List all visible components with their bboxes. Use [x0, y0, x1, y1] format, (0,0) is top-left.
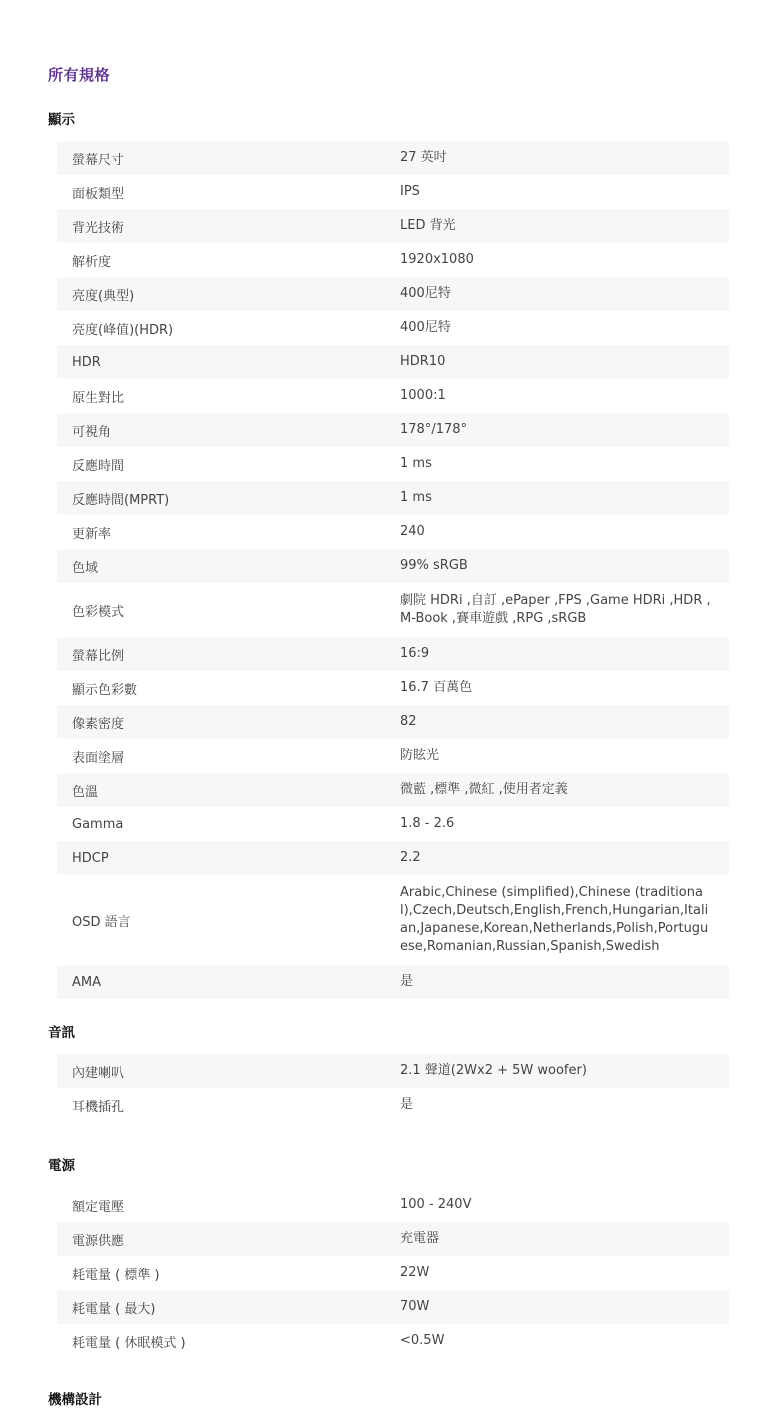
spec-row: Gamma1.8 - 2.6: [57, 807, 729, 841]
spec-row: 亮度(典型)400尼特: [57, 277, 729, 311]
spec-row: 螢幕尺寸27 英吋: [57, 141, 729, 175]
section-title-audio: 音訊: [48, 1021, 75, 1041]
spec-value: 1000:1: [400, 387, 729, 405]
section-title-power: 電源: [48, 1154, 75, 1174]
spec-label: 色域: [57, 557, 400, 576]
spec-table-audio: 內建喇叭2.1 聲道(2Wx2 + 5W woofer) 耳機插孔是: [57, 1054, 729, 1122]
spec-label: 可視角: [57, 421, 400, 440]
spec-row: 額定電壓100 - 240V: [57, 1188, 729, 1222]
spec-value: Arabic,Chinese (simplified),Chinese (tra…: [400, 884, 729, 956]
section-title-display: 顯示: [48, 108, 75, 128]
spec-label: 耗電量 ( 休眠模式 ): [57, 1332, 400, 1351]
spec-label: HDR: [57, 355, 400, 370]
spec-row: 電源供應充電器: [57, 1222, 729, 1256]
spec-value: 400尼特: [400, 319, 729, 337]
spec-value: 27 英吋: [400, 149, 729, 167]
spec-value: 82: [400, 713, 729, 731]
spec-value: 16.7 百萬色: [400, 679, 729, 697]
spec-value: 充電器: [400, 1230, 729, 1248]
spec-label: OSD 語言: [57, 911, 400, 930]
section-title-mechanical: 機構設計: [48, 1388, 102, 1408]
spec-row: 背光技術LED 背光: [57, 209, 729, 243]
spec-label: AMA: [57, 975, 400, 990]
spec-row: 更新率240: [57, 515, 729, 549]
spec-label: 耳機插孔: [57, 1096, 400, 1115]
spec-label: 耗電量 ( 標準 ): [57, 1264, 400, 1283]
spec-row: 反應時間1 ms: [57, 447, 729, 481]
spec-row: 螢幕比例16:9: [57, 637, 729, 671]
spec-row: HDCP2.2: [57, 841, 729, 875]
spec-row: 顯示色彩數16.7 百萬色: [57, 671, 729, 705]
spec-value: 240: [400, 523, 729, 541]
spec-label: HDCP: [57, 851, 400, 866]
spec-label: 顯示色彩數: [57, 679, 400, 698]
spec-row: 耗電量 ( 最大)70W: [57, 1290, 729, 1324]
spec-table-display: 螢幕尺寸27 英吋 面板類型IPS 背光技術LED 背光 解析度1920x108…: [57, 141, 729, 999]
spec-label: 背光技術: [57, 217, 400, 236]
spec-label: 電源供應: [57, 1230, 400, 1249]
spec-row: 像素密度82: [57, 705, 729, 739]
spec-value: 2.2: [400, 849, 729, 867]
spec-value: 400尼特: [400, 285, 729, 303]
spec-value: 1 ms: [400, 489, 729, 507]
spec-row: HDRHDR10: [57, 345, 729, 379]
spec-label: 更新率: [57, 523, 400, 542]
spec-label: 亮度(峰值)(HDR): [57, 319, 400, 338]
spec-label: 面板類型: [57, 183, 400, 202]
spec-value: <0.5W: [400, 1332, 729, 1350]
spec-label: 螢幕比例: [57, 645, 400, 664]
spec-row: 亮度(峰值)(HDR)400尼特: [57, 311, 729, 345]
page-title: 所有規格: [48, 64, 110, 85]
spec-row: 色域99% sRGB: [57, 549, 729, 583]
spec-label: 螢幕尺寸: [57, 149, 400, 168]
spec-value: 微藍 ,標準 ,微紅 ,使用者定義: [400, 781, 729, 799]
spec-row: 耳機插孔是: [57, 1088, 729, 1122]
spec-value: 70W: [400, 1298, 729, 1316]
spec-value: 22W: [400, 1264, 729, 1282]
spec-row: 可視角178°/178°: [57, 413, 729, 447]
spec-row: 面板類型IPS: [57, 175, 729, 209]
spec-label: 像素密度: [57, 713, 400, 732]
spec-label: Gamma: [57, 817, 400, 832]
spec-row: 表面塗層防眩光: [57, 739, 729, 773]
spec-value: 100 - 240V: [400, 1196, 729, 1214]
spec-label: 色溫: [57, 781, 400, 800]
spec-value: 是: [400, 973, 729, 991]
spec-value: 是: [400, 1096, 729, 1114]
spec-label: 原生對比: [57, 387, 400, 406]
spec-label: 反應時間(MPRT): [57, 489, 400, 508]
spec-value: 99% sRGB: [400, 557, 729, 575]
spec-row: 色溫微藍 ,標準 ,微紅 ,使用者定義: [57, 773, 729, 807]
spec-table-power: 額定電壓100 - 240V 電源供應充電器 耗電量 ( 標準 )22W 耗電量…: [57, 1188, 729, 1358]
spec-row: 內建喇叭2.1 聲道(2Wx2 + 5W woofer): [57, 1054, 729, 1088]
spec-row: AMA是: [57, 965, 729, 999]
spec-row: OSD 語言Arabic,Chinese (simplified),Chines…: [57, 875, 729, 965]
spec-label: 解析度: [57, 251, 400, 270]
spec-label: 內建喇叭: [57, 1062, 400, 1081]
spec-value: 178°/178°: [400, 421, 729, 439]
spec-value: 劇院 HDRi ,自訂 ,ePaper ,FPS ,Game HDRi ,HDR…: [400, 592, 729, 628]
spec-label: 額定電壓: [57, 1196, 400, 1215]
spec-row: 色彩模式劇院 HDRi ,自訂 ,ePaper ,FPS ,Game HDRi …: [57, 583, 729, 637]
spec-value: 2.1 聲道(2Wx2 + 5W woofer): [400, 1062, 729, 1080]
spec-label: 表面塗層: [57, 747, 400, 766]
spec-value: 16:9: [400, 645, 729, 663]
spec-value: 1.8 - 2.6: [400, 815, 729, 833]
spec-label: 反應時間: [57, 455, 400, 474]
spec-label: 耗電量 ( 最大): [57, 1298, 400, 1317]
spec-row: 耗電量 ( 休眠模式 )<0.5W: [57, 1324, 729, 1358]
spec-value: 1920x1080: [400, 251, 729, 269]
spec-value: HDR10: [400, 353, 729, 371]
spec-row: 原生對比1000:1: [57, 379, 729, 413]
spec-value: 1 ms: [400, 455, 729, 473]
spec-row: 反應時間(MPRT)1 ms: [57, 481, 729, 515]
spec-value: 防眩光: [400, 747, 729, 765]
spec-label: 亮度(典型): [57, 285, 400, 304]
spec-value: IPS: [400, 183, 729, 201]
spec-label: 色彩模式: [57, 601, 400, 620]
spec-value: LED 背光: [400, 217, 729, 235]
spec-row: 耗電量 ( 標準 )22W: [57, 1256, 729, 1290]
spec-row: 解析度1920x1080: [57, 243, 729, 277]
